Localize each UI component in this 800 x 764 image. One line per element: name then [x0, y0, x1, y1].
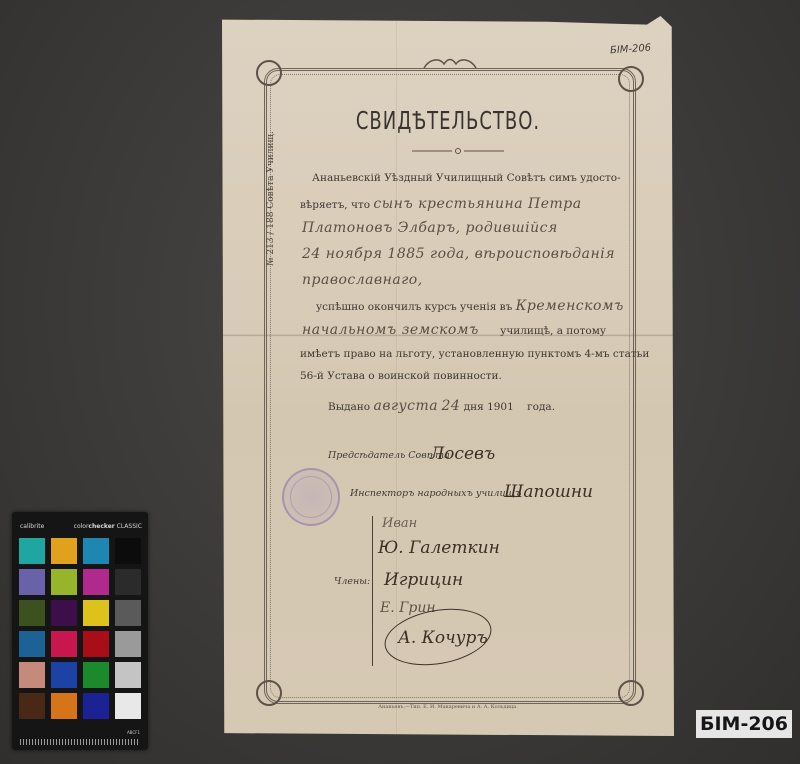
checker-product: colorchecker CLASSIC	[74, 523, 142, 530]
color-swatch	[115, 693, 141, 719]
handwritten-religion: православнаго,	[302, 272, 423, 288]
color-swatch	[83, 631, 109, 657]
checker-brand: calibrite	[20, 523, 44, 530]
color-swatch	[51, 600, 77, 626]
document-title: СВИДѢТЕЛЬСТВО.	[222, 105, 674, 135]
color-swatch	[115, 600, 141, 626]
corner-ornament-icon	[256, 680, 282, 706]
product-prefix: color	[74, 523, 89, 530]
color-swatch	[51, 569, 77, 595]
color-swatch	[115, 662, 141, 688]
color-swatch	[19, 662, 45, 688]
color-swatch	[19, 569, 45, 595]
issued-day: 24	[441, 398, 460, 414]
corner-ornament-icon	[256, 60, 282, 86]
body-line-9: 56-й Устава о воинской повинности.	[300, 370, 502, 382]
title-divider-icon	[412, 148, 504, 154]
certificate-document: БІМ-206 СВИДѢТЕЛЬСТВО. Ананьевскій Уѣздн…	[222, 16, 674, 736]
color-swatch	[83, 569, 109, 595]
issued-year: дня 1901	[464, 401, 514, 413]
issued-prefix: Выдано	[328, 401, 370, 413]
color-swatch	[115, 631, 141, 657]
handwritten-school-type: начальномъ земскомъ	[302, 322, 479, 338]
product-bold: checker	[88, 523, 114, 530]
color-swatch	[19, 693, 45, 719]
color-swatch	[83, 662, 109, 688]
body-print: вѣряетъ, что	[300, 199, 370, 211]
chairman-signature: Лосевъ	[430, 444, 495, 464]
color-swatch	[19, 631, 45, 657]
member-signature: Ю. Галеткин	[378, 538, 500, 558]
top-ornament-icon	[422, 56, 478, 70]
color-swatch	[115, 569, 141, 595]
body-line-7: начальномъ земскомъ училищѣ, а потому	[302, 322, 606, 338]
member-signature: Игрицин	[384, 570, 463, 590]
corner-ornament-icon	[618, 680, 644, 706]
printer-imprint: Ананьевъ.—Тип. Е. И. Макаревича и А. А. …	[222, 704, 674, 710]
members-label: Члены:	[334, 576, 370, 587]
color-swatch	[83, 693, 109, 719]
body-line-1: Ананьевскій Уѣздный Училищный Совѣтъ сим…	[312, 172, 621, 184]
handwritten-birthdate: 24 ноября 1885 года, вѣроисповѣданія	[302, 246, 615, 262]
ink-stamp	[282, 468, 340, 526]
handwritten-school: Кременскомъ	[516, 298, 624, 314]
product-suffix: CLASSIC	[115, 523, 142, 530]
color-swatch	[19, 538, 45, 564]
color-checker-card: calibrite colorchecker CLASSIC ABCF1	[12, 512, 148, 750]
corner-ornament-icon	[618, 66, 644, 92]
color-swatch	[51, 538, 77, 564]
handwritten-text: сынъ крестьянина Петра	[373, 196, 581, 212]
handwritten-name: Платоновъ Элбаръ, родившійся	[302, 220, 558, 236]
color-swatch	[115, 538, 141, 564]
color-swatch	[83, 600, 109, 626]
archive-inventory-note: БІМ-206	[610, 43, 652, 57]
color-swatch	[51, 693, 77, 719]
checker-code: ABCF1	[127, 730, 140, 735]
body-print: успѣшно окончилъ курсъ ученія въ	[316, 301, 512, 313]
members-bracket	[372, 516, 373, 666]
member-signature: Иван	[382, 516, 417, 531]
body-line-6: успѣшно окончилъ курсъ ученія въ Кременс…	[316, 298, 624, 314]
issued-month: августа	[373, 398, 438, 414]
color-swatch	[51, 662, 77, 688]
color-swatch	[51, 631, 77, 657]
inspector-label: Инспекторъ народныхъ училищъ	[350, 488, 521, 499]
body-print: училищѣ, а потому	[500, 325, 606, 337]
registry-number: № 213 / 188 Совѣта Училищ.	[266, 131, 276, 266]
color-swatch	[83, 538, 109, 564]
issued-suffix: года.	[527, 401, 555, 413]
color-swatch	[19, 600, 45, 626]
color-swatch-grid	[19, 538, 141, 719]
body-line-8: имѣетъ право на льготу, установленную пу…	[300, 348, 649, 360]
inventory-label: БІМ-206	[696, 710, 792, 738]
body-line-2: вѣряетъ, что сынъ крестьянина Петра	[300, 196, 582, 212]
ruler-scale	[20, 739, 140, 745]
issued-line: Выдано августа 24 дня 1901 года.	[328, 398, 555, 414]
inspector-signature: Шапошни	[504, 482, 593, 502]
